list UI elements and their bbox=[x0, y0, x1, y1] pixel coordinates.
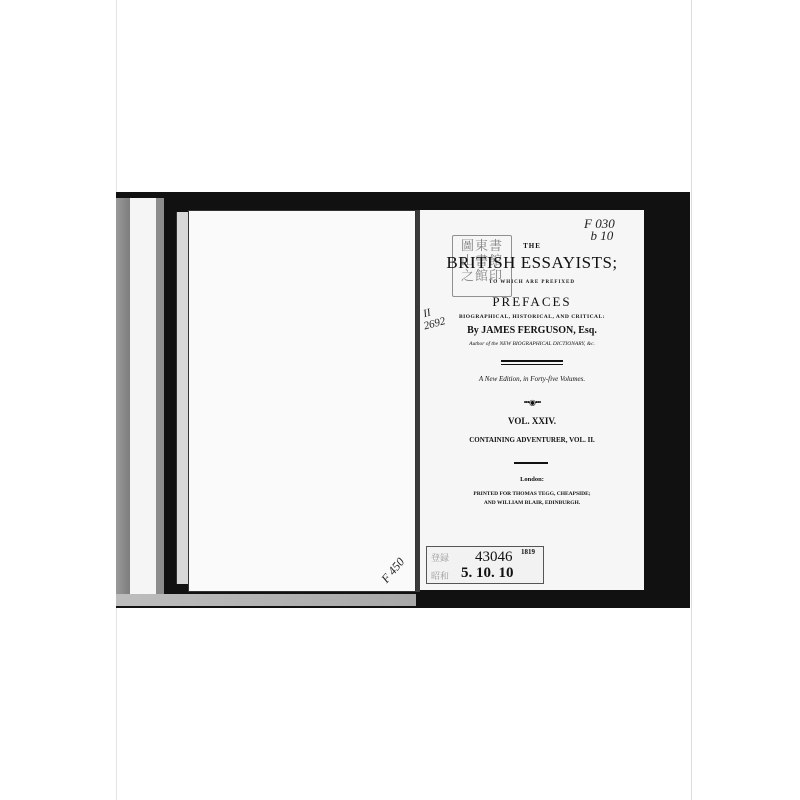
accession-label-faint-bottom: 昭和 bbox=[431, 569, 449, 582]
accession-label-faint-top: 登録 bbox=[431, 551, 449, 564]
accession-label: 登録 43046 1819 昭和 5. 10. 10 bbox=[426, 546, 544, 584]
book-title: BRITISH ESSAYISTS; bbox=[420, 253, 644, 273]
title-page: 圖東書 山書館 之館印 F 030 b 10 II 2692 THE BRITI… bbox=[420, 210, 644, 590]
title-subline: TO WHICH ARE PREFIXED bbox=[420, 280, 644, 285]
author-credentials: Author of the NEW BIOGRAPHICAL DICTIONAR… bbox=[420, 341, 644, 347]
imprint-printer-line-1: PRINTED FOR THOMAS TEGG, CHEAPSIDE; bbox=[420, 491, 644, 497]
accession-number: 43046 bbox=[475, 549, 513, 566]
title-article: THE bbox=[420, 242, 644, 250]
accession-year: 1819 bbox=[521, 548, 535, 556]
single-rule-divider bbox=[514, 462, 548, 464]
volume-number: VOL. XXIV. bbox=[420, 416, 644, 426]
double-rule-divider bbox=[501, 360, 563, 365]
author-byline: By JAMES FERGUSON, Esq. bbox=[420, 325, 644, 336]
left-page-handwritten-note: F 450 bbox=[378, 555, 408, 586]
imprint-printer-line-2: AND WILLIAM BLAIR, EDINBURGH. bbox=[420, 500, 644, 506]
volume-contents: CONTAINING ADVENTURER, VOL. II. bbox=[420, 436, 644, 444]
handwritten-call-number: F 030 b 10 bbox=[584, 218, 615, 242]
imprint-place: London: bbox=[420, 476, 644, 483]
left-page: F 450 bbox=[188, 210, 416, 592]
scanner-bottom-edge bbox=[116, 594, 416, 606]
prefaces-heading: PREFACES bbox=[420, 294, 644, 310]
edition-statement: A New Edition, in Forty-five Volumes. bbox=[420, 375, 644, 383]
ornament-divider: •••◉••• bbox=[420, 398, 644, 407]
scanner-edge-inner bbox=[156, 198, 164, 603]
book-photograph: F 450 圖東書 山書館 之館印 F 030 b 10 II 2692 THE… bbox=[116, 192, 690, 608]
accession-date: 5. 10. 10 bbox=[461, 565, 514, 582]
prefaces-descriptor: BIOGRAPHICAL, HISTORICAL, AND CRITICAL: bbox=[420, 314, 644, 320]
scanner-edge bbox=[116, 198, 130, 603]
